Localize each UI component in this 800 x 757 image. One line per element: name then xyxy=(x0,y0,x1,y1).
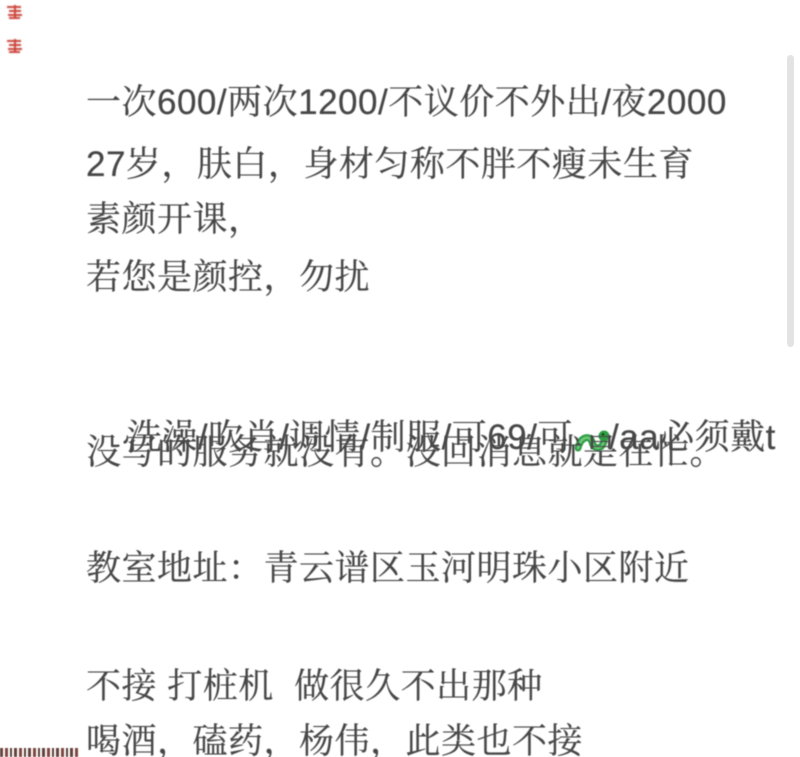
refuse-line-2: 喝酒，磕药，杨伟，此类也不接 xyxy=(86,723,583,757)
no-reply-line: 没写的服务就没有。没回消息就是在忙。 xyxy=(86,434,725,473)
red-watermark-glyph-icon xyxy=(7,5,23,19)
refuse-line-1: 不接 打桩机 做很久不出那种 xyxy=(86,668,543,707)
age-figure-line: 27岁，肤白，身材匀称不胖不瘦未生育 xyxy=(86,146,694,185)
address-line: 教室地址：青云谱区玉河明珠小区附近 xyxy=(86,550,690,589)
red-watermark-glyph-icon xyxy=(7,39,23,53)
bottom-watermark-strip-icon xyxy=(0,748,80,757)
price-line: 一次600/两次1200/不议价不外出/夜2000 xyxy=(86,84,727,123)
scrollbar-thumb[interactable] xyxy=(787,55,794,347)
no-makeup-line: 素颜开课， xyxy=(86,201,264,240)
warning-line: 若您是颜控，勿扰 xyxy=(86,259,370,298)
screenshot-page: 一次600/两次1200/不议价不外出/夜2000 27岁，肤白，身材匀称不胖不… xyxy=(0,0,800,757)
